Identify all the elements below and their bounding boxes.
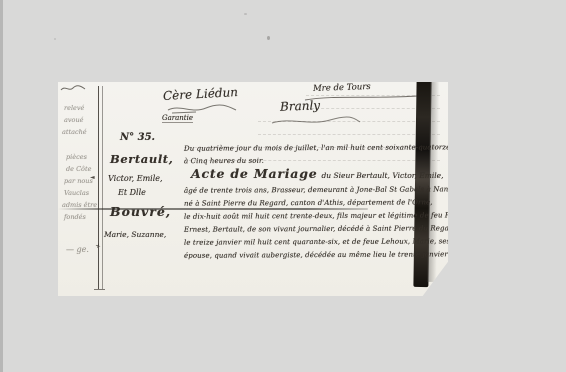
- page-bottom-shadow: [58, 208, 368, 210]
- act-body-line: à Cinq heures du soir.: [184, 157, 264, 165]
- act-title: Acte de Mariage: [191, 166, 318, 181]
- marginalia-line: de Côte: [66, 165, 91, 173]
- margin-rule-line: [98, 86, 103, 289]
- ink-squiggle-icon: [60, 84, 86, 94]
- margin-rule-tick: [94, 289, 105, 290]
- marginalia-line: pièces: [66, 153, 87, 161]
- bride-surname: Bouvré,: [110, 204, 171, 219]
- marginalia-line: par nous: [64, 177, 93, 185]
- act-body-line: Ernest, Bertault, de son vivant journali…: [184, 224, 457, 233]
- bride-firstnames: Marie, Suzanne,: [104, 230, 166, 239]
- marginalia-line: — ge.: [66, 245, 89, 254]
- act-body-line: né à Saint Pierre du Regard, canton d'At…: [184, 198, 433, 207]
- act-body-line: âgé de trente trois ans, Brasseur, demeu…: [184, 185, 462, 194]
- act-body-line: épouse, quand vivait aubergiste, décédée…: [184, 250, 478, 260]
- act-body-line: le treize janvier mil huit cent quarante…: [184, 237, 450, 246]
- record-number: N° 35.: [120, 132, 155, 143]
- marginalia-line: fondés: [64, 213, 86, 221]
- marginalia-line: avoué: [64, 116, 84, 124]
- act-title-continuation: du Sieur Bertault, Victor, Emile,: [322, 171, 444, 180]
- dust-speck: [267, 36, 270, 40]
- dust-speck: [54, 38, 56, 40]
- act-body-line: le dix-huit août mil huit cent trente-de…: [184, 211, 470, 220]
- act-title-row: Acte de Mariage du Sieur Bertault, Victo…: [191, 166, 443, 181]
- conjunction-label: Et Dlle: [118, 188, 146, 197]
- signature-flourish-icon: [270, 115, 362, 127]
- dust-speck: [244, 13, 247, 15]
- scanned-document-canvas: ◄ + relevé avoué attaché pièces de Côte …: [0, 0, 566, 372]
- marginalia-line: Vauclas: [64, 189, 89, 197]
- marginalia-line: attaché: [62, 128, 87, 136]
- groom-surname: Bertault,: [110, 152, 173, 166]
- act-body-line: Du quatrième jour du mois de juillet, l'…: [184, 143, 453, 152]
- underline-swash-icon: [303, 93, 419, 103]
- marginalia-line: relevé: [64, 104, 84, 112]
- register-page: ◄ + relevé avoué attaché pièces de Côte …: [58, 82, 448, 296]
- ruled-line: [258, 134, 440, 135]
- groom-firstnames: Victor, Emile,: [108, 174, 163, 183]
- signature-left-note: Garantie: [162, 114, 193, 123]
- signature-left: Cère Liédun: [163, 85, 239, 103]
